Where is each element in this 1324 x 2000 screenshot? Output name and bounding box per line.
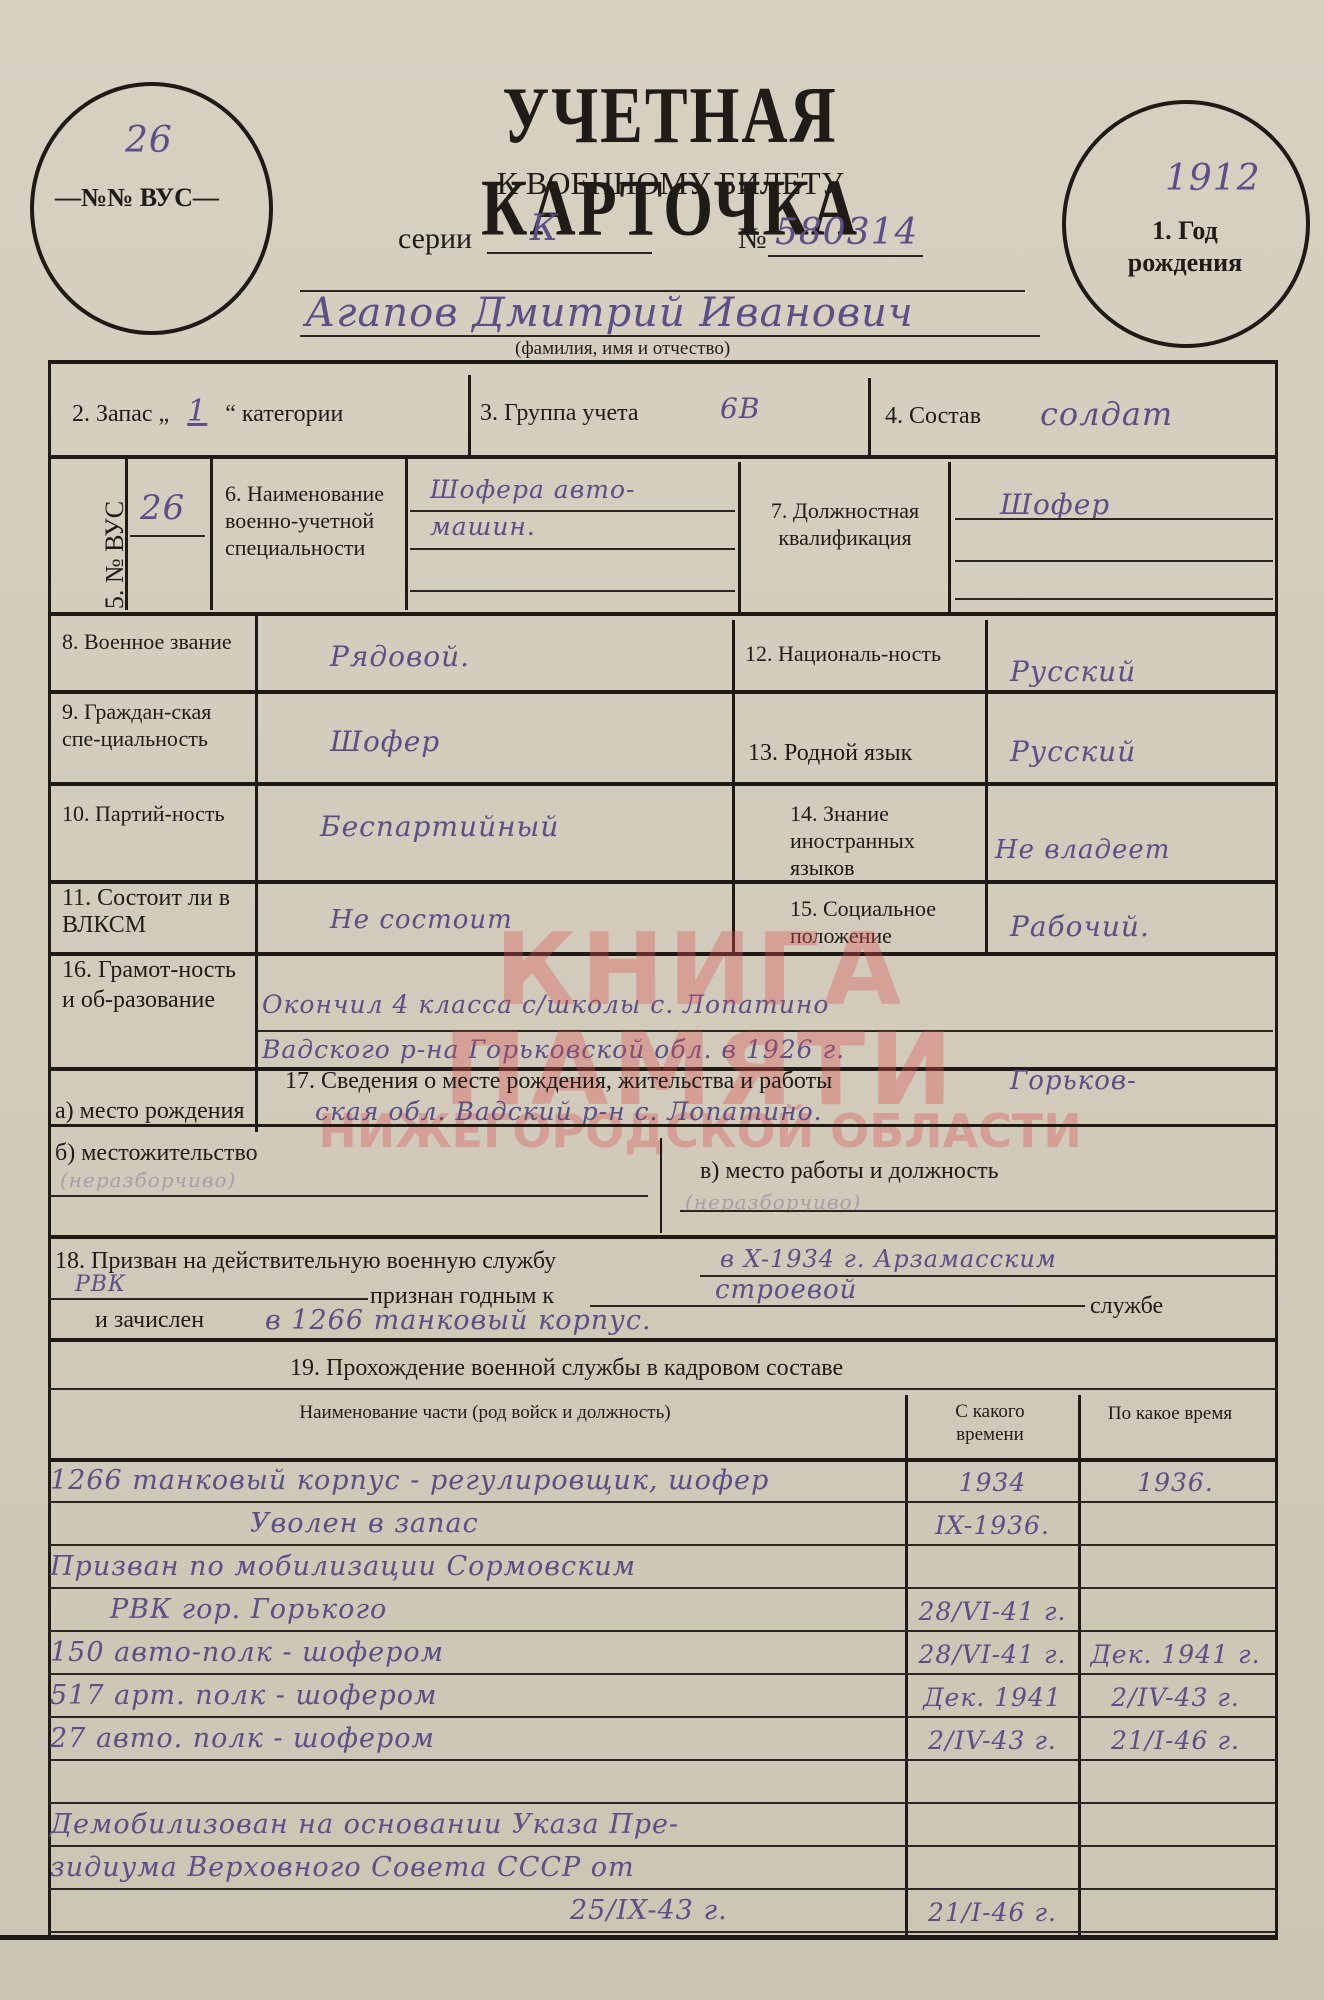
- service-unit: 150 авто-полк - шофером: [50, 1637, 444, 1668]
- section17-title-value: Горьков-: [1010, 1066, 1137, 1096]
- service-unit: зидиума Верховного Совета СССР от: [50, 1852, 635, 1883]
- work-label: в) место работы и должность: [700, 1158, 999, 1185]
- residence-label: б) местожительство: [55, 1140, 258, 1167]
- civil-specialty-value: Шофер: [330, 725, 440, 758]
- section17-title: 17. Сведения о месте рождения, жительств…: [285, 1068, 832, 1095]
- service-from: Дек. 1941: [910, 1683, 1075, 1712]
- service-unit: 517 арт. полк - шофером: [50, 1680, 437, 1711]
- service-to: 21/I-46 г.: [1083, 1726, 1268, 1755]
- service-to: 1936.: [1083, 1468, 1268, 1497]
- service-from: 2/IV-43 г.: [910, 1726, 1075, 1755]
- native-language-label: 13. Родной язык: [748, 740, 912, 767]
- komsomol-label: 11. Состоит ли в ВЛКСМ: [62, 885, 252, 939]
- group-value: 6В: [720, 392, 760, 425]
- fit-suffix: службе: [1090, 1293, 1163, 1320]
- residence-value: (неразборчиво): [60, 1168, 236, 1192]
- number-label: №: [738, 222, 767, 256]
- service-unit: 27 авто. полк - шофером: [50, 1723, 435, 1754]
- service-from: 28/VI-41 г.: [910, 1597, 1075, 1626]
- service-from: 21/I-46 г.: [910, 1898, 1075, 1927]
- service-unit: Призван по мобилизации Сормовским: [50, 1551, 636, 1582]
- service-unit: РВК гор. Горького: [110, 1594, 387, 1625]
- service-unit: 1266 танковый корпус - регулировщик, шоф…: [50, 1465, 769, 1496]
- service-unit: Демобилизован на основании Указа Пре-: [50, 1809, 679, 1840]
- column-header-unit: Наименование части (род войск и должност…: [70, 1402, 900, 1424]
- section19-title: 19. Прохождение военной службы в кадрово…: [290, 1355, 843, 1382]
- foreign-language-label: 14. Знание иностранных языков: [790, 800, 970, 881]
- composition-value: солдат: [1040, 395, 1173, 433]
- service-from: 28/VI-41 г.: [910, 1640, 1075, 1669]
- column-header-from: С какого времени: [925, 1400, 1055, 1446]
- composition-label: 4. Состав: [885, 403, 981, 430]
- vus-value: 26: [140, 488, 185, 528]
- number-value: 580314: [775, 212, 918, 253]
- series-label: серии: [398, 222, 472, 256]
- position-value: Шофер: [1000, 488, 1110, 521]
- document-subtitle: К ВОЕННОМУ БИЛЕТУ: [440, 165, 900, 202]
- full-name: Агапов Дмитрий Иванович: [305, 290, 914, 336]
- service-from: IX-1936.: [910, 1511, 1075, 1540]
- service-unit: 25/IX-43 г.: [570, 1895, 728, 1926]
- service-unit: Уволен в запас: [250, 1508, 479, 1539]
- specialty-value-2: машин.: [430, 512, 536, 541]
- specialty-label: 6. Наименование военно-учетной специальн…: [225, 480, 400, 561]
- specialty-value-1: Шофера авто-: [430, 475, 635, 504]
- birthplace-label: а) место рождения: [55, 1098, 244, 1125]
- birth-year-label: 1. Год рождения: [1115, 215, 1255, 279]
- social-status-label: 15. Социальное положение: [790, 895, 960, 949]
- native-language-value: Русский: [1010, 735, 1136, 768]
- document-card: 26 —№№ ВУС— 1912 1. Год рождения УЧЕТНАЯ…: [0, 0, 1324, 2000]
- rank-value: Рядовой.: [330, 640, 470, 673]
- position-label: 7. Должностная квалификация: [745, 497, 945, 551]
- fit-value: строевой: [715, 1275, 857, 1305]
- civil-specialty-label: 9. Граждан-ская спе-циальность: [62, 698, 252, 752]
- party-value: Беспартийный: [320, 810, 559, 843]
- rank-label: 8. Военное звание: [62, 628, 242, 655]
- reserve-label: 2. Запас „1“ категории: [72, 398, 343, 428]
- vus-circle-value: 26: [125, 120, 173, 161]
- column-header-to: По какое время: [1095, 1402, 1245, 1425]
- full-name-caption: (фамилия, имя и отчество): [515, 338, 730, 360]
- enrolled-label: и зачислен: [95, 1307, 204, 1334]
- birthplace-value: ская обл. Вадский р-н с. Лопатино.: [315, 1097, 823, 1126]
- birth-year-value: 1912: [1165, 158, 1261, 199]
- foreign-language-value: Не владеет: [995, 835, 1170, 865]
- called-label: 18. Призван на действительную военную сл…: [55, 1248, 556, 1275]
- group-label: 3. Группа учета: [480, 400, 639, 427]
- vus-circle-label: —№№ ВУС—: [55, 183, 219, 213]
- education-value-1: Окончил 4 класса с/школы с. Лопатино: [262, 990, 829, 1019]
- komsomol-value: Не состоит: [330, 905, 513, 935]
- enrolled-value: в 1266 танковый корпус.: [265, 1305, 652, 1336]
- service-from: 1934: [910, 1468, 1075, 1497]
- service-to: Дек. 1941 г.: [1083, 1640, 1268, 1669]
- education-label: 16. Грамот-ность и об-разование: [62, 955, 252, 1015]
- nationality-label: 12. Националь-ность: [745, 640, 955, 667]
- called-value: в X-1934 г. Арзамасским: [720, 1245, 1057, 1273]
- education-value-2: Вадского р-на Горьковской обл. в 1926 г.: [262, 1035, 845, 1064]
- social-status-value: Рабочий.: [1010, 910, 1150, 943]
- service-to: 2/IV-43 г.: [1083, 1683, 1268, 1712]
- series-value: К: [530, 208, 559, 249]
- called-value-2: РВК: [75, 1272, 126, 1297]
- party-label: 10. Партий-ность: [62, 800, 242, 827]
- nationality-value: Русский: [1010, 655, 1136, 688]
